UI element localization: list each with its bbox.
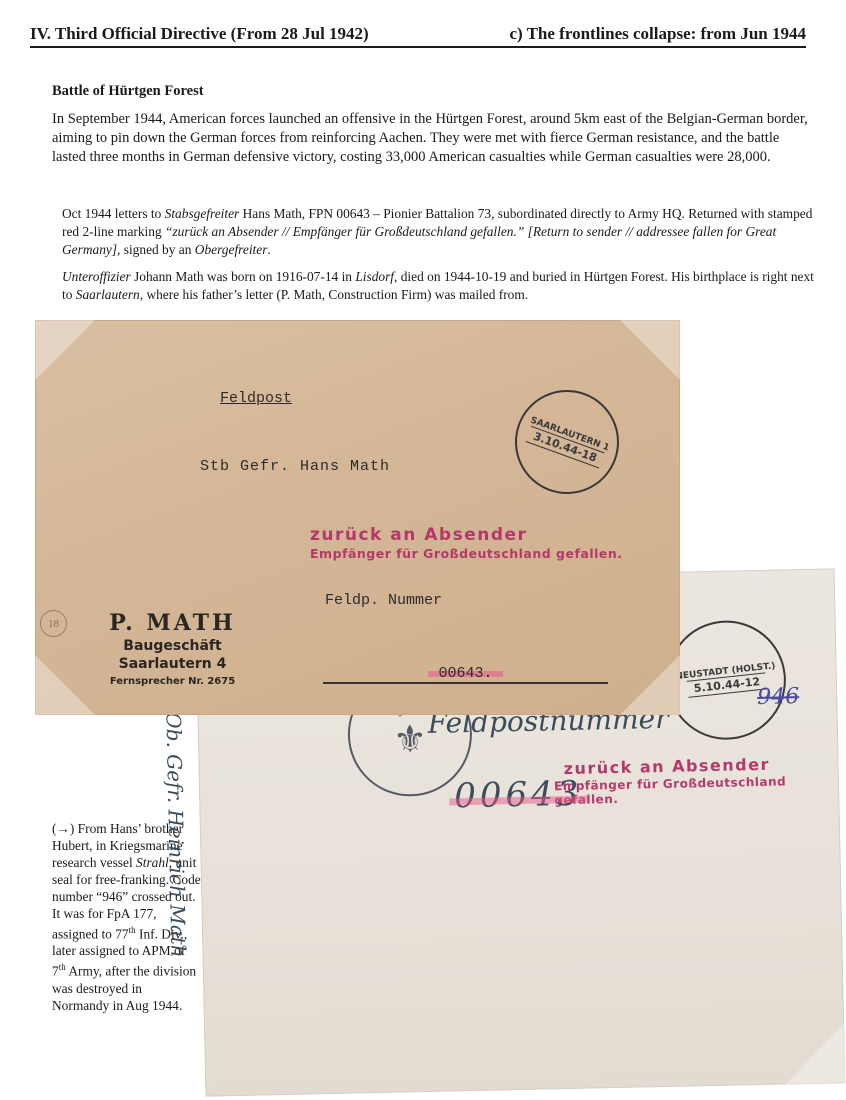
mount-corner <box>35 320 95 380</box>
page-header: IV. Third Official Directive (From 28 Ju… <box>30 14 806 48</box>
caption-text: Army, after the division was destroyed i… <box>52 964 196 1013</box>
note-paragraph-1: Oct 1944 letters to Stabsgefreiter Hans … <box>62 205 822 259</box>
mount-corner <box>784 1023 845 1084</box>
sender-telephone: Fernsprecher Nr. 2675 <box>90 676 255 687</box>
header-right-title: c) The frontlines collapse: from Jun 194… <box>509 24 806 44</box>
note-text: . <box>267 242 270 257</box>
sender-name: P. MATH <box>90 610 255 636</box>
sender-line2: Saarlautern 4 <box>90 656 255 672</box>
envelope-p-math: Feldpost Stb Gefr. Hans Math SAARLAUTERN… <box>35 320 680 715</box>
notes: Oct 1944 letters to Stabsgefreiter Hans … <box>62 205 822 313</box>
postmark-saarlautern: SAARLAUTERN 1 3.10.44-18 <box>500 375 633 508</box>
postmark-neustadt: NEUSTADT (HOLST.) 5.10.44-12 <box>661 615 792 746</box>
note-rank: Unteroffizier <box>62 269 131 284</box>
section-title: Battle of Hürtgen Forest <box>52 83 204 100</box>
note-text: Oct 1944 letters to <box>62 206 165 221</box>
crossed-code-number: 946 <box>757 684 800 710</box>
note-paragraph-2: Unteroffizier Johann Math was born on 19… <box>62 268 822 304</box>
header-left-title: IV. Third Official Directive (From 28 Ju… <box>30 24 369 44</box>
note-text: , where his father’s letter (P. Math, Co… <box>140 287 528 302</box>
handwritten-fpn: 00643 <box>454 774 583 817</box>
feldpost-label: Feldpost <box>220 390 292 407</box>
fpn-text: 00643. <box>438 665 492 682</box>
return-marking-line1: zurück an Absender <box>310 525 527 545</box>
return-marking-line2: Empfänger für Großdeutschland gefallen. <box>554 773 840 807</box>
caption-sup: th <box>129 925 136 935</box>
note-place: Saarlautern <box>76 287 140 302</box>
handwritten-sender: Ob. Gefr. Heinrich Math <box>159 712 192 958</box>
pencil-mark: 18 <box>40 610 67 637</box>
sender-block: P. MATH Baugeschäft Saarlautern 4 Fernsp… <box>90 610 255 687</box>
note-place: Lisdorf <box>355 269 394 284</box>
note-signer: Obergefreiter <box>195 242 268 257</box>
arrow-right-icon: (→) <box>52 821 74 836</box>
caption-sup: th <box>59 962 66 972</box>
note-text: , signed by an <box>117 242 195 257</box>
mount-corner <box>620 655 680 715</box>
feldp-nummer-label: Feldp. Nummer <box>325 592 442 609</box>
return-marking-line2: Empfänger für Großdeutschland gefallen. <box>310 546 623 561</box>
mount-corner <box>620 320 680 380</box>
mount-corner <box>35 655 95 715</box>
note-text: Johann Math was born on 1916-07-14 in <box>131 269 356 284</box>
note-rank: Stabsgefreiter <box>165 206 240 221</box>
fpn-value: 00643. <box>323 665 608 684</box>
sender-line1: Baugeschäft <box>90 638 255 654</box>
intro-paragraph: In September 1944, American forces launc… <box>52 110 812 167</box>
recipient: Stb Gefr. Hans Math <box>200 458 390 475</box>
